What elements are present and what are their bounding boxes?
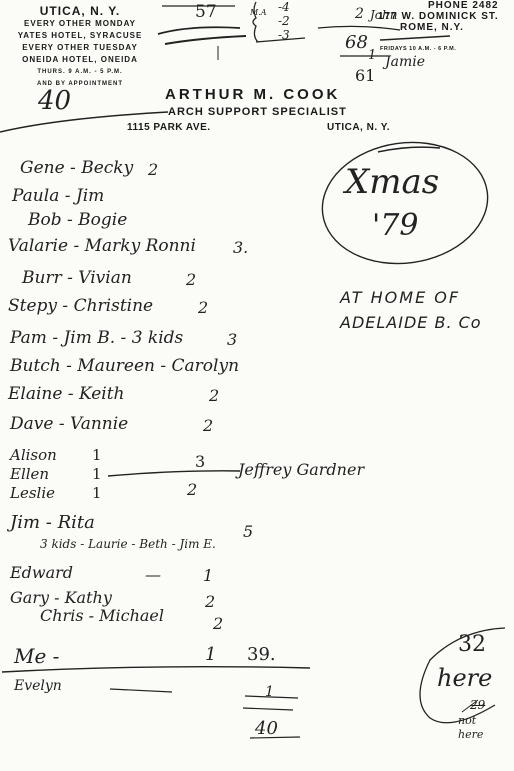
group-count: 1 bbox=[92, 446, 102, 465]
letterhead-address: 1115 PARK AVE. bbox=[127, 122, 211, 133]
guest-row-names: Gene - Becky bbox=[20, 158, 133, 178]
bracket-value: -3 bbox=[278, 28, 290, 42]
bracket-value: -4 bbox=[278, 0, 290, 14]
bracket-values: -4 -2 -3 bbox=[278, 0, 290, 42]
letterhead-name: ARTHUR M. COOK bbox=[165, 86, 340, 103]
friday-hours: FRIDAYS 10 A.M. - 6 P.M. bbox=[380, 46, 456, 52]
group-name: Ellen bbox=[10, 465, 57, 484]
year-label: '79 bbox=[372, 208, 418, 243]
right-col-2: 2 bbox=[355, 6, 364, 22]
guest-row-count: 2 bbox=[186, 270, 196, 289]
right-col-name-1: John bbox=[370, 8, 398, 22]
guest-row-names: Pam - Jim B. - 3 kids bbox=[10, 328, 183, 348]
guest-row-count: 2 bbox=[198, 298, 208, 317]
corner-here: here bbox=[437, 664, 492, 692]
schedule-hours: THURS. 9 A.M. - 5 P.M. bbox=[0, 66, 160, 78]
guest-row-count: 3 bbox=[227, 330, 237, 349]
tally-57: 57 bbox=[195, 2, 217, 22]
guest-row-names: Stepy - Christine bbox=[8, 296, 153, 316]
me-label: Me - bbox=[14, 644, 59, 668]
corner-crossed-number: 29 bbox=[470, 698, 485, 712]
group-top-count: 3 bbox=[195, 452, 205, 471]
guest-chris-michael: Chris - Michael bbox=[40, 606, 164, 625]
schedule-line: EVERY OTHER MONDAY bbox=[0, 18, 160, 30]
guest-row-count: 3. bbox=[233, 238, 248, 257]
guest-row-count: 2 bbox=[203, 416, 213, 435]
bracket-label: M.A bbox=[250, 8, 267, 17]
phone-number: PHONE 2482 bbox=[398, 0, 499, 11]
me-count: 1 bbox=[205, 644, 216, 665]
guest-gary-kathy: Gary - Kathy bbox=[10, 588, 112, 607]
group-count: 1 bbox=[92, 465, 102, 484]
chris-count: 2 bbox=[213, 614, 223, 633]
letterhead-title: ARCH SUPPORT SPECIALIST bbox=[168, 106, 347, 118]
letterhead-city-right: UTICA, N. Y. bbox=[327, 122, 390, 133]
corner-count: 32 bbox=[458, 632, 486, 657]
location-line-2: ADELAIDE B. Co bbox=[340, 313, 482, 332]
guest-row-names: Paula - Jim bbox=[12, 186, 104, 206]
jim-rita-count: 5 bbox=[243, 522, 253, 541]
grand-total: 40 bbox=[255, 718, 278, 739]
group-count: 1 bbox=[92, 484, 102, 503]
page-number: 40 bbox=[38, 86, 71, 116]
edward-count: 1 bbox=[203, 566, 213, 585]
schedule-line: ONEIDA HOTEL, ONEIDA bbox=[0, 54, 160, 66]
corner-not-here: not here bbox=[458, 714, 498, 742]
schedule-appointment: AND BY APPOINTMENT bbox=[0, 78, 160, 90]
guest-row-count: 2 bbox=[209, 386, 219, 405]
group-name: Alison bbox=[10, 446, 57, 465]
evelyn-count: 1 bbox=[265, 684, 274, 700]
letterhead-left-block: UTICA, N. Y. EVERY OTHER MONDAY YATES HO… bbox=[0, 4, 160, 90]
guest-row-names: Bob - Bogie bbox=[28, 210, 127, 230]
jim-rita-names: Jim - Rita bbox=[10, 512, 95, 533]
guest-row-names: Dave - Vannie bbox=[10, 414, 128, 434]
right-col-61: 61 bbox=[355, 66, 375, 85]
side-note: Jeffrey Gardner bbox=[238, 460, 364, 479]
guest-row-names: Elaine - Keith bbox=[8, 384, 125, 404]
group-names: Alison Ellen Leslie bbox=[10, 446, 57, 503]
jim-rita-kids: 3 kids - Laurie - Beth - Jim E. bbox=[40, 537, 216, 551]
evelyn-label: Evelyn bbox=[14, 678, 62, 694]
right-col-1: 1 bbox=[368, 48, 376, 63]
xmas-label: Xmas bbox=[345, 162, 439, 202]
group-counts: 1 1 1 bbox=[92, 446, 102, 503]
schedule-line: YATES HOTEL, SYRACUSE bbox=[0, 30, 160, 42]
guest-row-names: Valarie - Marky Ronni bbox=[8, 236, 196, 256]
guest-edward: Edward bbox=[10, 563, 73, 582]
guest-row-names: Burr - Vivian bbox=[22, 268, 132, 288]
schedule-line: EVERY OTHER TUESDAY bbox=[0, 42, 160, 54]
guest-row-names: Butch - Maureen - Carolyn bbox=[10, 356, 239, 376]
subtotal: 39. bbox=[247, 644, 276, 665]
letterhead-right-block: PHONE 2482 177 W. DOMINICK ST. ROME, N.Y… bbox=[398, 0, 499, 33]
gary-count: 2 bbox=[205, 592, 215, 611]
location-line-1: AT HOME OF bbox=[340, 288, 460, 307]
letterhead-city: UTICA, N. Y. bbox=[0, 4, 160, 18]
right-col-68: 68 bbox=[345, 32, 368, 53]
group-name: Leslie bbox=[10, 484, 57, 503]
right-col-name-2: Jamie bbox=[385, 54, 425, 70]
group-bottom-count: 2 bbox=[187, 480, 197, 499]
right-city: ROME, N.Y. bbox=[398, 22, 499, 33]
bracket-value: -2 bbox=[278, 14, 290, 28]
guest-row-count: 2 bbox=[148, 160, 158, 179]
edward-dash: — bbox=[145, 565, 161, 584]
